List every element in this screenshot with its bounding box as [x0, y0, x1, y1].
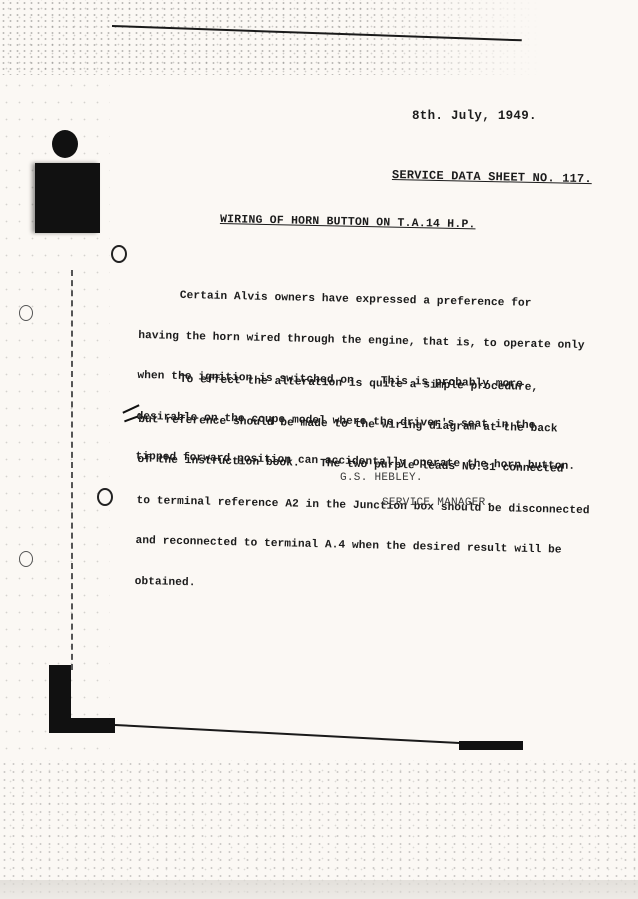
signature-name: G.S. HEBLEY. [340, 472, 423, 484]
corner-mark-bottom-right [459, 741, 523, 750]
punch-hole-icon [19, 305, 33, 321]
scan-bottom-band [0, 880, 638, 899]
page-edge-bottom [115, 724, 460, 744]
punch-blot-square [35, 163, 100, 233]
text-line: but reference should be made to the wiri… [138, 413, 591, 437]
document-heading: WIRING OF HORN BUTTON ON T.A.14 H.P. [220, 213, 476, 231]
page-edge-left [71, 270, 73, 670]
punch-hole-icon [111, 245, 127, 263]
document-date: 8th. July, 1949. [412, 109, 537, 123]
text-line: To effect the alteration is quite a simp… [139, 373, 592, 397]
corner-mark-horizontal [49, 718, 115, 733]
text-line: and reconnected to terminal A.4 when the… [135, 535, 588, 559]
punch-hole-icon [19, 551, 33, 567]
service-sheet-number: SERVICE DATA SHEET NO. 117. [392, 168, 592, 186]
text-line: Certain Alvis owners have expressed a pr… [139, 289, 586, 313]
text-line: to terminal reference A2 in the Junction… [136, 494, 589, 518]
text-line: obtained. [134, 575, 587, 599]
signature-title: SERVICE MANAGER. [382, 497, 492, 509]
punch-blot-circle [52, 130, 78, 158]
scan-speckle-bottom [0, 760, 638, 899]
punch-hole-icon [97, 488, 113, 506]
